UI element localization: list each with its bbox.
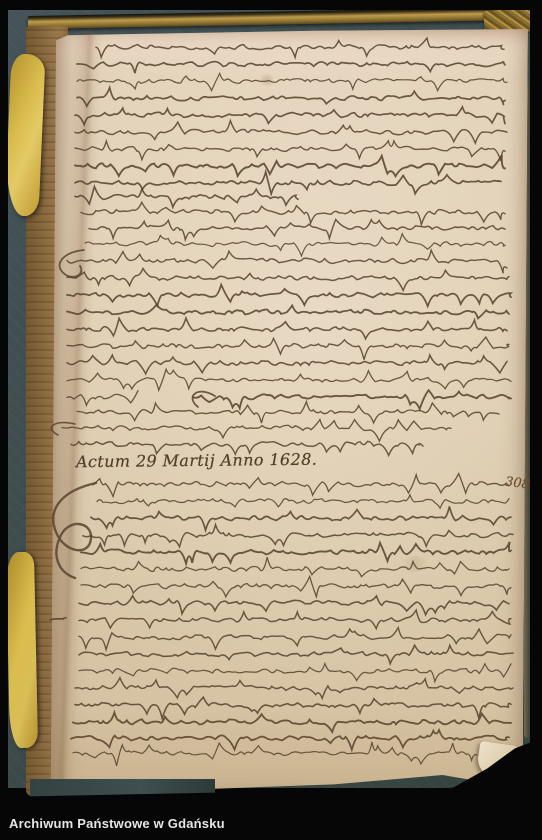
curled-leaf-top <box>4 53 45 216</box>
date-line: Actum 29 Martij Anno 1628. <box>76 450 306 471</box>
ink-stain <box>258 74 276 86</box>
archive-watermark-text: Archiwum Państwowe w Gdańsku <box>9 816 225 831</box>
archival-photo: Actum 29 Martij Anno 1628. 308 Archiwum … <box>0 0 542 840</box>
photo-frame-left <box>0 0 8 840</box>
curled-leaf-bottom <box>6 552 38 749</box>
photo-frame-top <box>0 0 542 10</box>
folio-number: 308 <box>504 475 530 493</box>
photo-frame-right <box>530 0 542 840</box>
manuscript-page <box>51 23 528 802</box>
damp-stain <box>398 556 432 572</box>
